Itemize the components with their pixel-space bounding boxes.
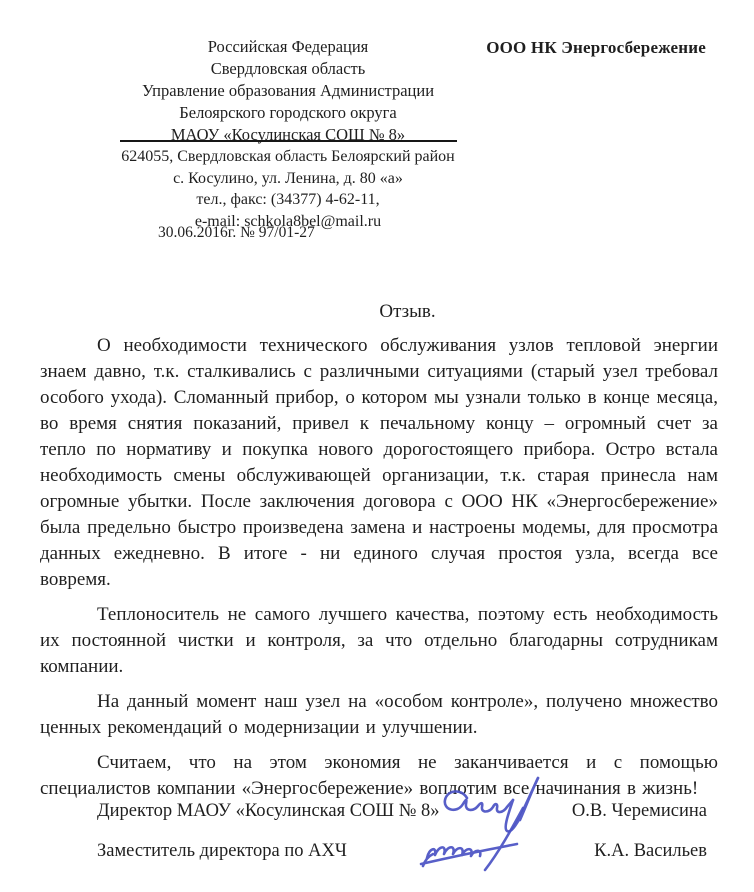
reference-date-number: 30.06.2016г. № 97/01-27 (158, 224, 315, 242)
paragraph-2: Теплоноситель не самого лучшего качества… (40, 602, 718, 680)
addressee-company-name: ООО НК Энергосбережение (486, 38, 706, 58)
signature-row-director: Директор МАОУ «Косулинская СОШ № 8» О.В.… (97, 799, 707, 823)
contact-phone-fax: тел., факс: (34377) 4-62-11, (118, 189, 458, 211)
paragraph-3: На данный момент наш узел на «особом кон… (40, 689, 718, 741)
org-line-country: Российская Федерация (118, 36, 458, 58)
contact-address-line2: с. Косулино, ул. Ленина, д. 80 «а» (118, 168, 458, 190)
org-line-school: МАОУ «Косулинская СОШ № 8» (118, 124, 458, 146)
contact-block: 624055, Свердловская область Белоярский … (118, 146, 458, 232)
header-divider-rule (120, 140, 457, 142)
contact-address-line1: 624055, Свердловская область Белоярский … (118, 146, 458, 168)
organization-header: Российская Федерация Свердловская област… (118, 36, 458, 146)
signatory-name-director: О.В. Черемисина (572, 799, 707, 823)
signature-row-deputy: Заместитель директора по АХЧ К.А. Василь… (97, 839, 707, 863)
letter-title: Отзыв. (40, 301, 718, 323)
signatory-title-deputy: Заместитель директора по АХЧ (97, 839, 347, 863)
scanned-letter-page: Российская Федерация Свердловская област… (0, 0, 754, 892)
org-line-department: Управление образования Администрации (118, 80, 458, 102)
org-line-district: Белоярского городского округа (118, 102, 458, 124)
signatory-title-director: Директор МАОУ «Косулинская СОШ № 8» (97, 799, 439, 823)
paragraph-1: О необходимости технического обслуживани… (40, 333, 718, 593)
letter-body: О необходимости технического обслуживани… (40, 333, 718, 811)
org-line-region: Свердловская область (118, 58, 458, 80)
signatory-name-deputy: К.А. Васильев (594, 839, 707, 863)
paragraph-4: Считаем, что на этом экономия не заканчи… (40, 750, 718, 802)
signature-block: Директор МАОУ «Косулинская СОШ № 8» О.В.… (97, 799, 707, 879)
